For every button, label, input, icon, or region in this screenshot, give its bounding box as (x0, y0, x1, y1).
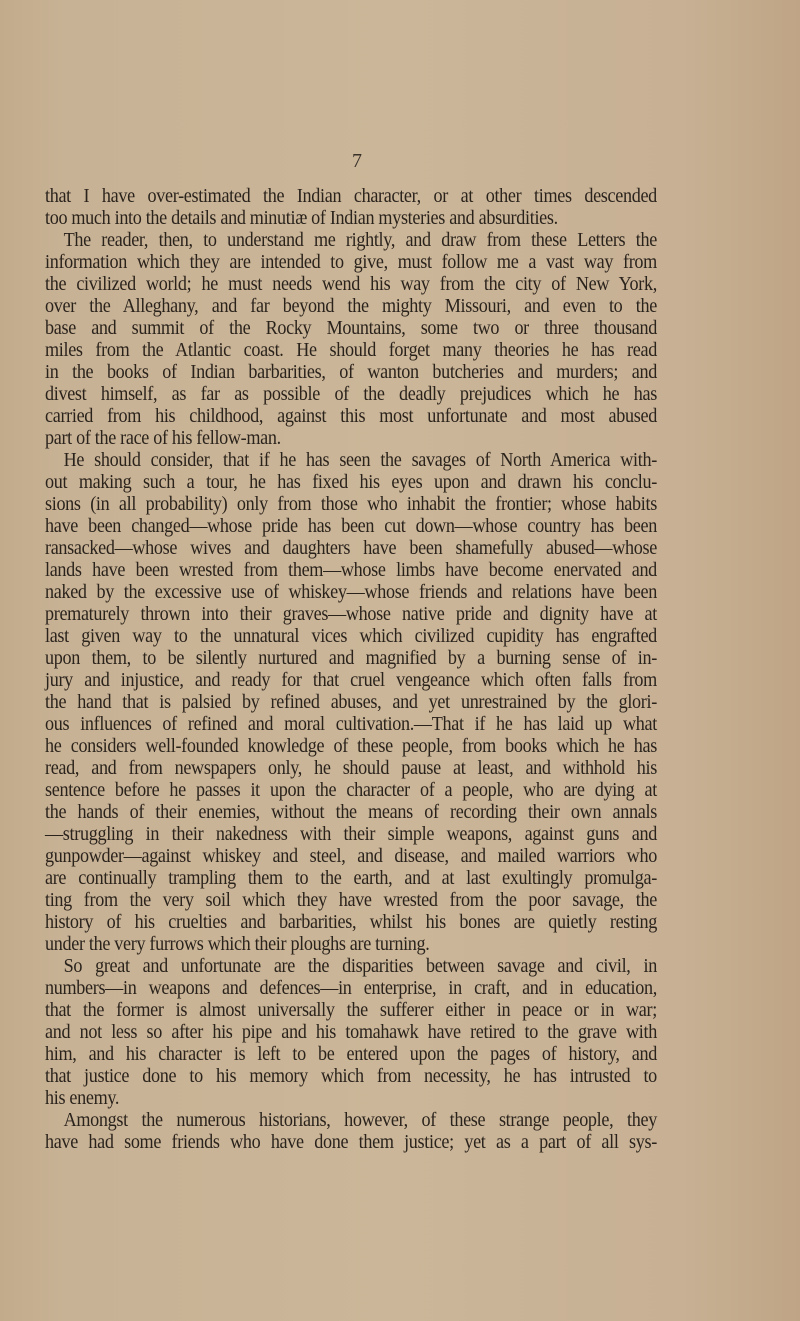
text-line: sions (in all probability) only from tho… (45, 494, 657, 516)
text-line: the civilized world; he must needs wend … (45, 274, 657, 296)
text-line: last given way to the unnatural vices wh… (45, 626, 657, 648)
text-line: out making such a tour, he has fixed his… (45, 472, 657, 494)
text-line: carried from his childhood, against this… (45, 406, 657, 428)
text-line: ting from the very soil which they have … (45, 890, 657, 912)
text-line: naked by the excessive use of whiskey—wh… (45, 582, 657, 604)
text-line: history of his cruelties and barbarities… (45, 912, 657, 934)
text-line: divest himself, as far as possible of th… (45, 384, 657, 406)
text-line: he considers well-founded knowledge of t… (45, 736, 657, 758)
text-line: information which they are intended to g… (45, 252, 657, 274)
paragraph: He should consider, that if he has seen … (45, 450, 657, 956)
paragraph: Amongst the numerous historians, however… (45, 1110, 657, 1154)
text-line: under the very furrows which their ploug… (45, 934, 657, 956)
text-line: too much into the details and minutiæ of… (45, 208, 657, 230)
text-line: that the former is almost universally th… (45, 1000, 657, 1022)
page-number: 7 (352, 150, 362, 173)
text-line: prematurely thrown into their graves—who… (45, 604, 657, 626)
body-text: that I have over-estimated the Indian ch… (45, 186, 657, 1154)
text-line: the hand that is palsied by refined abus… (45, 692, 657, 714)
text-line: So great and unfortunate are the dispari… (45, 956, 657, 978)
text-line: that justice done to his memory which fr… (45, 1066, 657, 1088)
text-line: numbers—in weapons and defences—in enter… (45, 978, 657, 1000)
text-line: Amongst the numerous historians, however… (45, 1110, 657, 1132)
paragraph: The reader, then, to understand me right… (45, 230, 657, 450)
text-line: his enemy. (45, 1088, 657, 1110)
text-line: part of the race of his fellow-man. (45, 428, 657, 450)
text-line: and not less so after his pipe and his t… (45, 1022, 657, 1044)
text-line: the hands of their enemies, without the … (45, 802, 657, 824)
text-line: are continually trampling them to the ea… (45, 868, 657, 890)
text-line: in the books of Indian barbarities, of w… (45, 362, 657, 384)
text-line: sentence before he passes it upon the ch… (45, 780, 657, 802)
text-line: base and summit of the Rocky Mountains, … (45, 318, 657, 340)
text-line: have been changed—whose pride has been c… (45, 516, 657, 538)
paragraph: that I have over-estimated the Indian ch… (45, 186, 657, 230)
text-line: He should consider, that if he has seen … (45, 450, 657, 472)
text-line: gunpowder—against whiskey and steel, and… (45, 846, 657, 868)
text-line: him, and his character is left to be ent… (45, 1044, 657, 1066)
text-line: ransacked—whose wives and daughters have… (45, 538, 657, 560)
text-line: lands have been wrested from them—whose … (45, 560, 657, 582)
text-line: —struggling in their nakedness with thei… (45, 824, 657, 846)
text-line: over the Alleghany, and far beyond the m… (45, 296, 657, 318)
text-line: The reader, then, to understand me right… (45, 230, 657, 252)
text-line: upon them, to be silently nurtured and m… (45, 648, 657, 670)
text-line: ous influences of refined and moral cult… (45, 714, 657, 736)
text-line: jury and injustice, and ready for that c… (45, 670, 657, 692)
text-line: have had some friends who have done them… (45, 1132, 657, 1154)
text-line: that I have over-estimated the Indian ch… (45, 186, 657, 208)
text-line: read, and from newspapers only, he shoul… (45, 758, 657, 780)
text-line: miles from the Atlantic coast. He should… (45, 340, 657, 362)
paragraph: So great and unfortunate are the dispari… (45, 956, 657, 1110)
